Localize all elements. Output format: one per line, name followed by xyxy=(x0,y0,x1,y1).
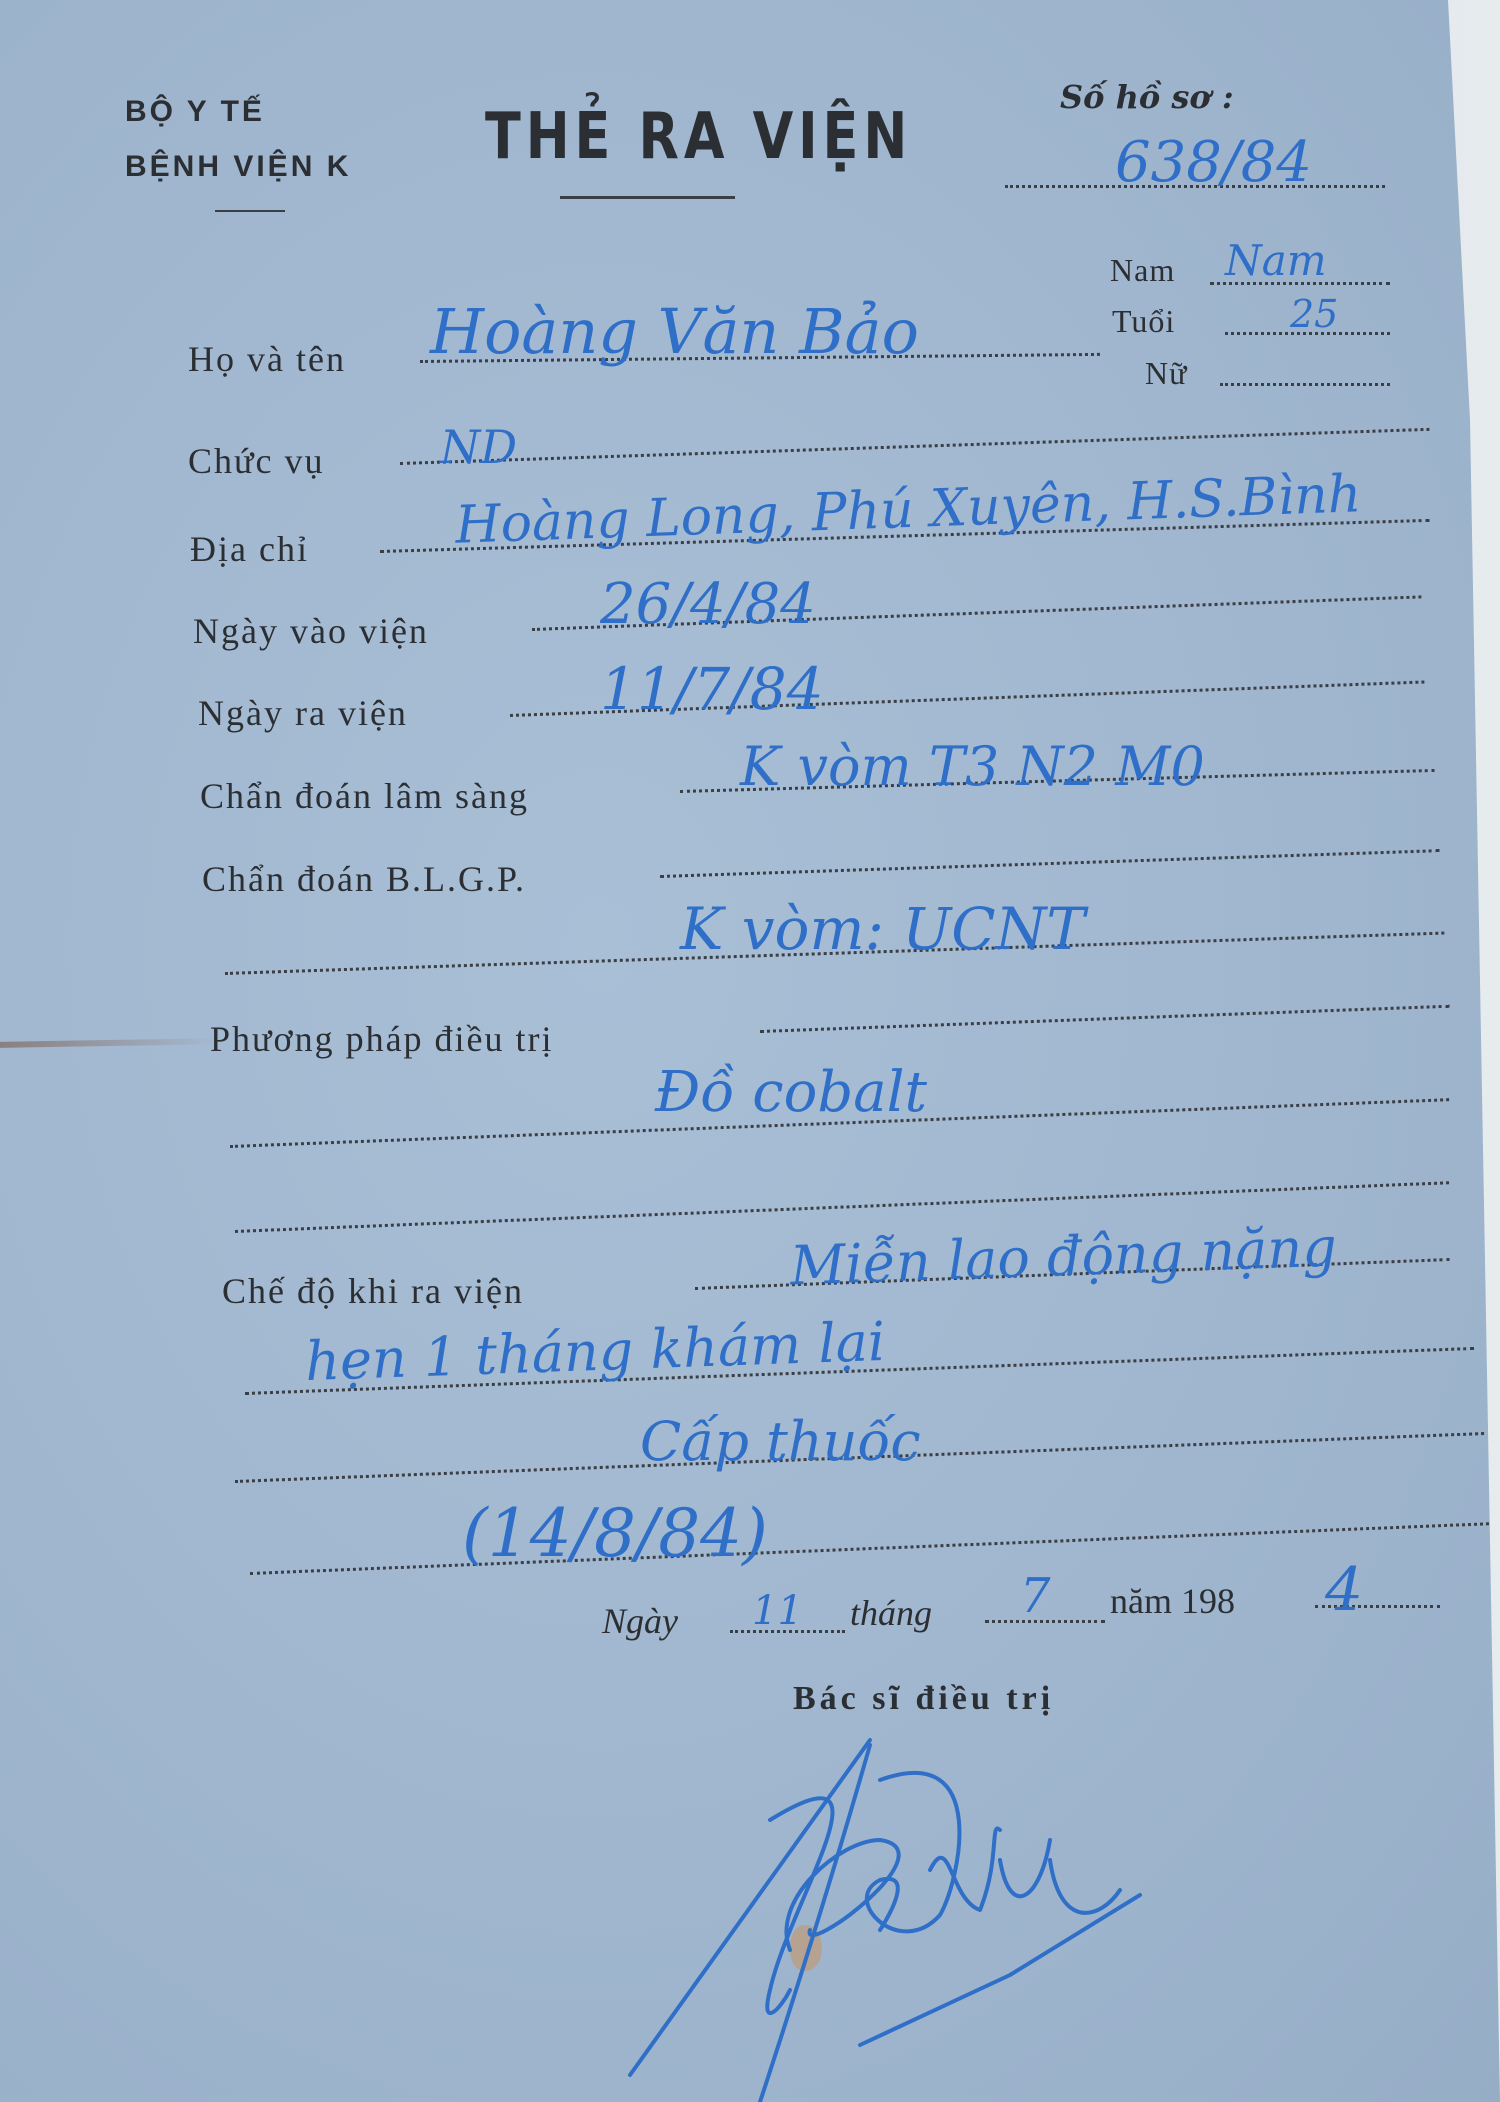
doctor-signature-icon xyxy=(0,0,1500,2102)
discharge-card: BỘ Y TẾ BỆNH VIỆN K THẺ RA VIỆN Số hồ sơ… xyxy=(0,0,1500,2102)
